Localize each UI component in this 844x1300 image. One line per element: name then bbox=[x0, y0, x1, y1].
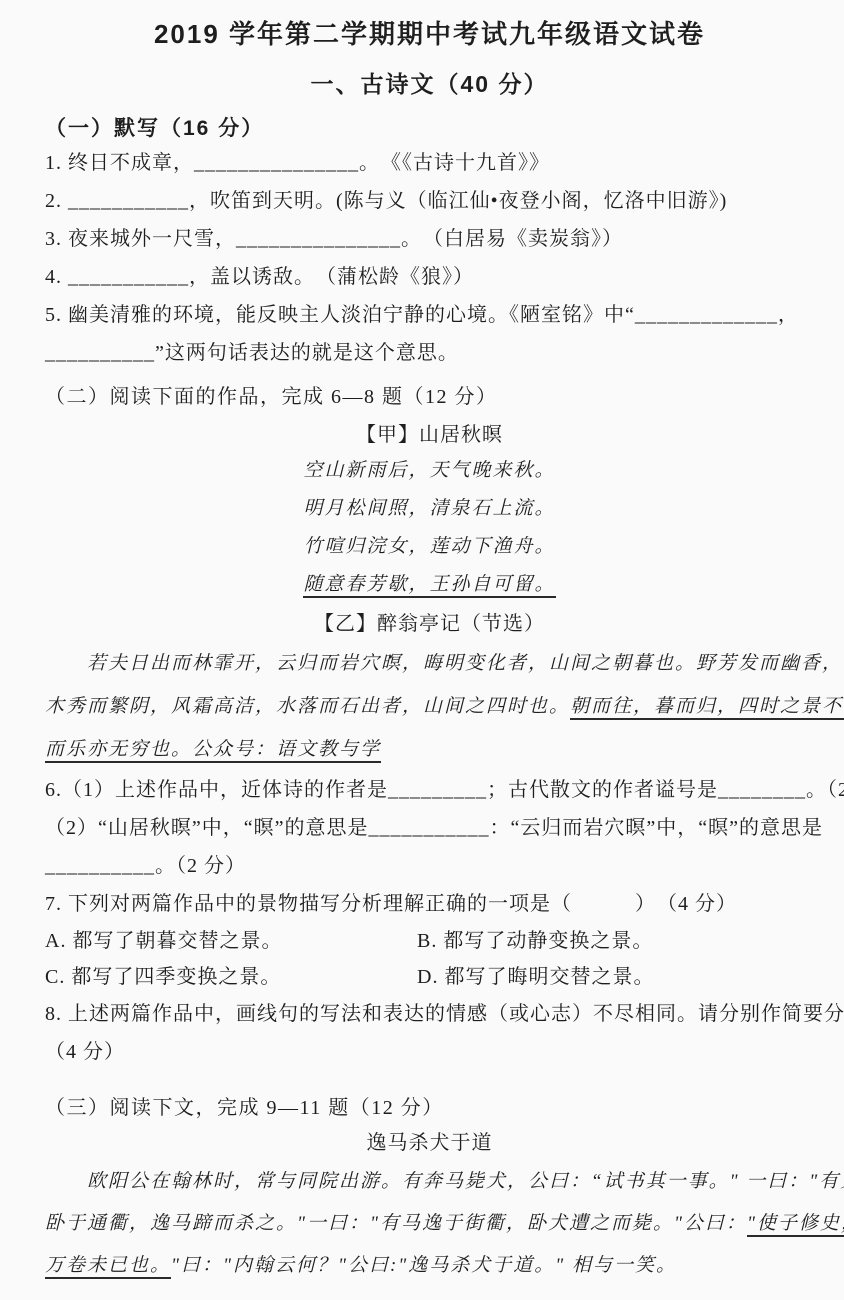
dictation-item-5-line2: __________”这两句话表达的就是这个意思。 bbox=[45, 334, 814, 372]
passage-text: 卧于通衢，逸马蹄而杀之。"一曰："有马逸于街衢，卧犬遭之而毙。"公曰： bbox=[45, 1213, 747, 1234]
yi-passage-line-1: 若夫日出而林霏开，云归而岩穴暝，晦明变化者，山间之朝暮也。野芳发而幽香，佳 bbox=[45, 642, 814, 685]
passage-yi-title: 【乙】醉翁亭记（节选） bbox=[45, 606, 814, 642]
question-7-options-row-1: A. 都写了朝暮交替之景。 B. 都写了动静变换之景。 bbox=[45, 923, 814, 959]
poem-line-3: 竹喧归浣女，莲动下渔舟。 bbox=[45, 528, 814, 566]
underlined-text: 随意春芳歇，王孙自可留。 bbox=[303, 574, 555, 598]
underlined-text: 万卷未已也。 bbox=[45, 1255, 171, 1279]
question-7-stem: 7. 下列对两篇作品中的景物描写分析理解正确的一项是（ ） （4 分） bbox=[45, 885, 814, 923]
question-text: ”中，“ bbox=[192, 817, 254, 839]
part3-passage-title: 逸马杀犬于道 bbox=[45, 1125, 814, 1161]
passage-jia-title: 【甲】山居秋暝 bbox=[45, 418, 814, 452]
passage-text: "曰："内翰云何？"公曰:"逸马杀犬于道。" 相与一笑。 bbox=[171, 1255, 677, 1276]
question-text: ”的意思是___________：“云归而岩穴 bbox=[275, 817, 626, 839]
poem-line-2: 明月松间照，清泉石上流。 bbox=[45, 490, 814, 528]
emphasis-char: 暝 bbox=[254, 817, 275, 839]
passage-text: 木秀而繁阴，风霜高洁，水落而石出者，山间之四时也。 bbox=[45, 696, 570, 717]
q7-option-b: B. 都写了动静变换之景。 bbox=[417, 923, 814, 959]
underlined-text: "使子修史， bbox=[747, 1213, 844, 1237]
emphasis-char: 暝 bbox=[625, 817, 646, 839]
exam-paper-page: 2019 学年第二学期期中考试九年级语文试卷 一、古诗文（40 分） （一）默写… bbox=[0, 0, 844, 1300]
part3-passage-line-2: 卧于通衢，逸马蹄而杀之。"一曰："有马逸于街衢，卧犬遭之而毙。"公曰："使子修史… bbox=[45, 1203, 814, 1245]
yi-passage-line-2: 木秀而繁阴，风霜高洁，水落而石出者，山间之四时也。朝而往，暮而归，四时之景不同， bbox=[45, 685, 814, 728]
part3-passage-line-1: 欧阳公在翰林时，常与同院出游。有奔马毙犬，公曰：“试书其一事。" 一曰："有犬 bbox=[45, 1161, 814, 1203]
yi-passage-line-3: 而乐亦无穷也。公众号：语文教与学 bbox=[45, 728, 814, 771]
question-6-line-1: 6.（1）上述作品中，近体诗的作者是_________；古代散文的作者谥号是__… bbox=[45, 771, 814, 809]
q7-option-c: C. 都写了四季变换之景。 bbox=[45, 959, 417, 995]
question-6-line-3: __________。（2 分） bbox=[45, 847, 814, 885]
emphasis-char: 暝 bbox=[482, 424, 503, 446]
q7-option-a: A. 都写了朝暮交替之景。 bbox=[45, 923, 417, 959]
part3-passage-line-3: 万卷未已也。"曰："内翰云何？"公曰:"逸马杀犬于道。" 相与一笑。 bbox=[45, 1245, 814, 1287]
question-8-line-1: 8. 上述两篇作品中，画线句的写法和表达的情感（或心志）不尽相同。请分别作简要分… bbox=[45, 995, 814, 1033]
section-heading-poetry: 一、古诗文（40 分） bbox=[45, 68, 814, 100]
dictation-item-2: 2. ___________，吹笛到天明。(陈与义（临江仙•夜登小阁，忆洛中旧游… bbox=[45, 182, 814, 220]
question-text: （2）“山居秋 bbox=[45, 817, 171, 839]
jia-title-text: 【甲】山居秋 bbox=[356, 424, 482, 446]
dictation-item-5-line1: 5. 幽美清雅的环境，能反映主人淡泊宁静的心境。《陋室铭》中“_________… bbox=[45, 296, 814, 334]
poem-line-4-underlined: 随意春芳歇，王孙自可留。 bbox=[45, 566, 814, 604]
question-7-options-row-2: C. 都写了四季变换之景。 D. 都写了晦明交替之景。 bbox=[45, 959, 814, 995]
doc-title: 2019 学年第二学期期中考试九年级语文试卷 bbox=[45, 16, 814, 52]
question-6-line-2: （2）“山居秋暝”中，“暝”的意思是___________：“云归而岩穴暝”中，… bbox=[45, 809, 814, 847]
passage-text: ，晦明变化者，山间之朝暮也。野芳发而幽香，佳 bbox=[402, 653, 844, 674]
emphasis-char: 暝 bbox=[381, 653, 402, 674]
part2-heading-reading: （二）阅读下面的作品，完成 6—8 题（12 分） bbox=[45, 380, 814, 414]
underlined-text: 而乐亦无穷也。公众号：语文教与学 bbox=[45, 739, 381, 763]
dictation-item-1: 1. 终日不成章，_______________。 《《古诗十九首》》 bbox=[45, 144, 814, 182]
passage-text: 若夫日出而林霏开，云归而岩穴 bbox=[45, 653, 381, 674]
dictation-item-3: 3. 夜来城外一尺雪，_______________。 （白居易《卖炭翁》） bbox=[45, 220, 814, 258]
question-text: ”中，“暝”的意思是 bbox=[646, 817, 823, 839]
underlined-text: 朝而往，暮而归，四时之景不同， bbox=[570, 696, 844, 720]
question-8-line-2: （4 分） bbox=[45, 1033, 814, 1071]
part3-heading-reading: （三）阅读下文，完成 9—11 题（12 分） bbox=[45, 1091, 814, 1125]
poem-line-1: 空山新雨后，天气晚来秋。 bbox=[45, 452, 814, 490]
q7-option-d: D. 都写了晦明交替之景。 bbox=[417, 959, 814, 995]
dictation-item-4: 4. ___________，盖以诱敌。 （蒲松龄《狼》） bbox=[45, 258, 814, 296]
emphasis-char: 暝 bbox=[171, 817, 192, 839]
part1-heading-dictation: （一）默写（16 分） bbox=[45, 114, 814, 144]
